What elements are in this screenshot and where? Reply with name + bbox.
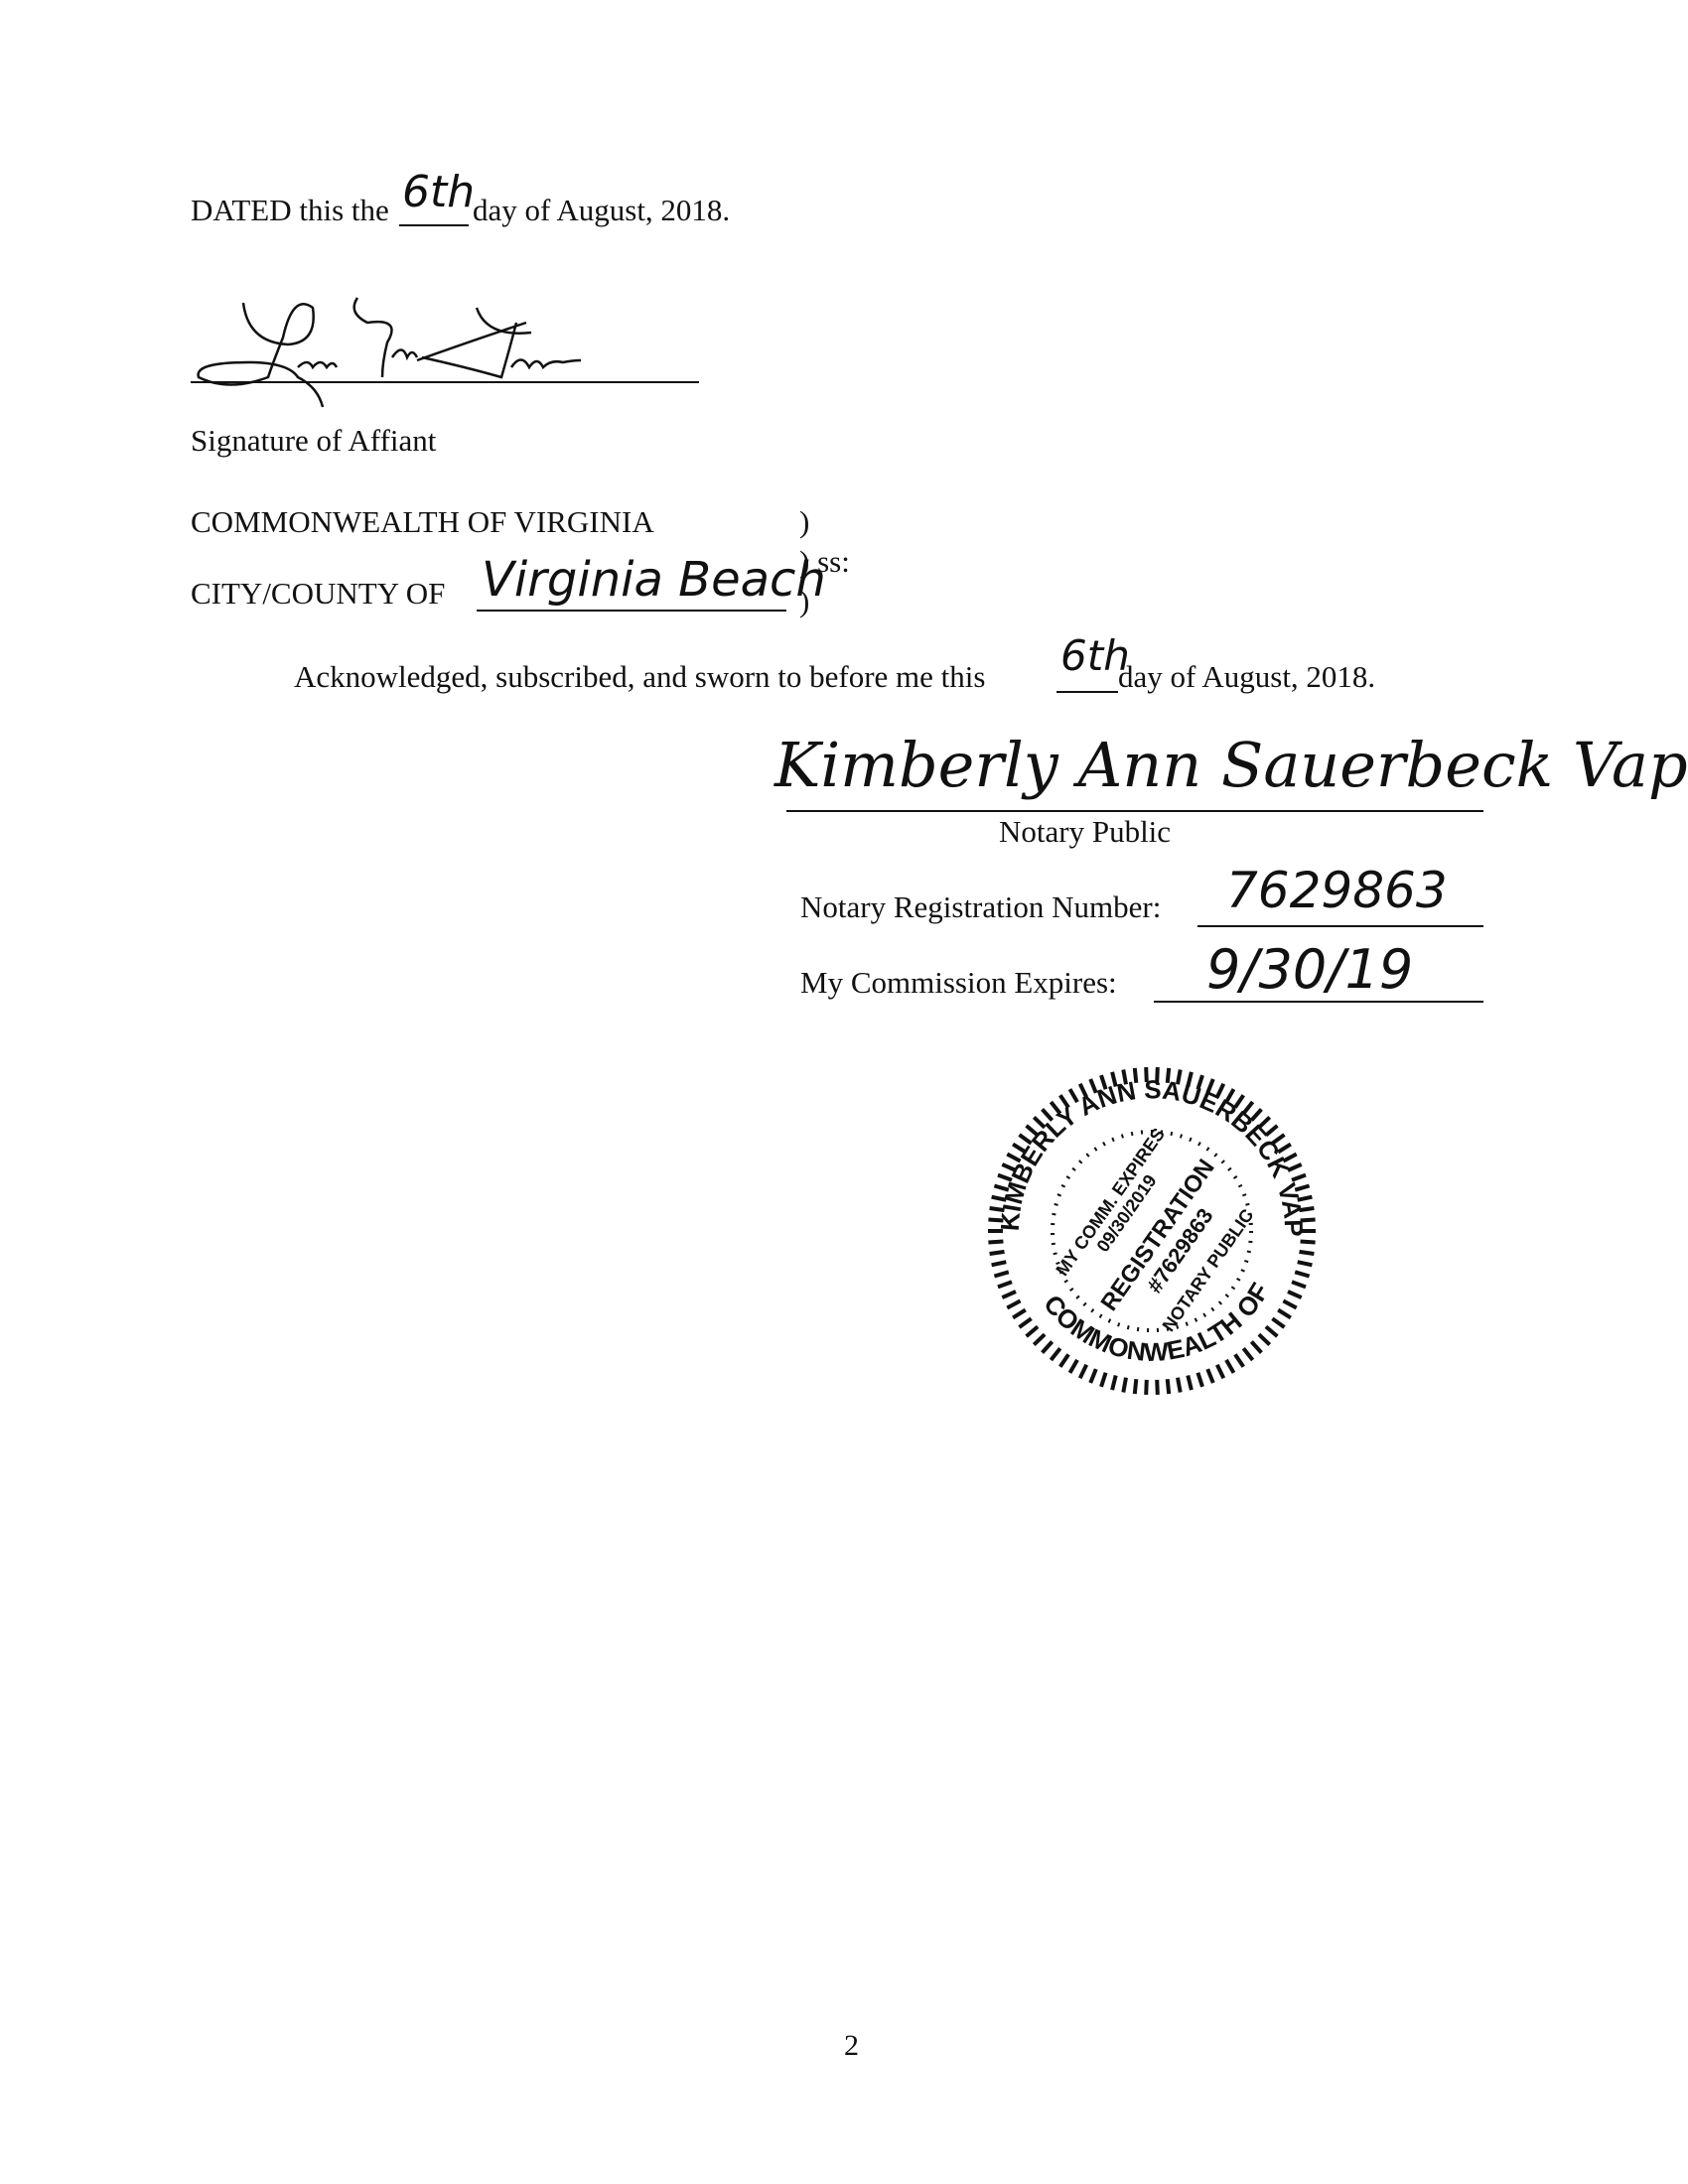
notary-signature-line <box>786 810 1483 812</box>
page-number: 2 <box>844 2031 859 2061</box>
venue-paren-1: ) <box>799 506 809 537</box>
venue-county-underline <box>477 610 786 612</box>
venue-paren-3: ) <box>799 586 809 616</box>
acknowledgment-prefix: Acknowledged, subscribed, and sworn to b… <box>294 661 985 692</box>
notary-signature: Kimberly Ann Sauerbeck Vap <box>774 735 1688 796</box>
registration-label: Notary Registration Number: <box>800 891 1161 922</box>
dated-day-underline <box>399 224 469 226</box>
acknowledgment-day-underline <box>1056 691 1118 693</box>
venue-county-prefix: CITY/COUNTY OF <box>191 578 445 609</box>
expires-underline <box>1154 1001 1483 1003</box>
acknowledgment-suffix: day of August, 2018. <box>1118 661 1375 692</box>
dated-day-handwritten: 6th <box>402 171 475 214</box>
affiant-label: Signature of Affiant <box>191 425 436 456</box>
dated-line: DATED this the <box>191 195 389 225</box>
registration-number: 7629863 <box>1226 866 1448 915</box>
venue-county-handwritten: Virginia Beach <box>482 556 826 604</box>
venue-state: COMMONWEALTH OF VIRGINIA <box>191 506 654 537</box>
expires-label: My Commission Expires: <box>800 967 1117 998</box>
dated-prefix: DATED this the <box>191 193 389 227</box>
expires-value: 9/30/19 <box>1206 943 1413 997</box>
notary-seal: KIMBERLY ANN SAUERBECK VAP COMMONWEALTH … <box>983 1062 1321 1400</box>
affiant-signature-line <box>191 381 699 383</box>
registration-underline <box>1197 925 1483 927</box>
dated-suffix: day of August, 2018. <box>473 195 730 225</box>
notary-label: Notary Public <box>999 816 1171 847</box>
affiant-signature <box>189 283 705 412</box>
